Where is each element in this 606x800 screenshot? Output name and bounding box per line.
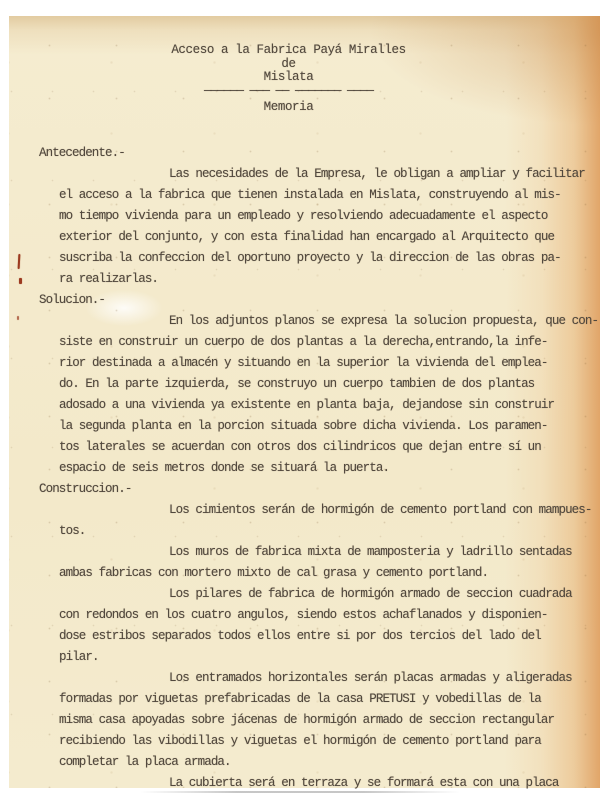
section-heading: Antecedente.- [39, 143, 566, 164]
text-line: Las necesidades de la Empresa, le obliga… [169, 164, 566, 185]
title-block: Acceso a la Fabrica Payá Miralles de Mis… [25, 44, 552, 114]
typed-divider-rule: —————— ——— —— ——————— ———— [25, 85, 552, 98]
document-title-line-1: Acceso a la Fabrica Payá Miralles [25, 44, 552, 58]
text-line: Los pilares de fabrica de hormigón armad… [169, 584, 566, 605]
section-heading: Construccion.- [39, 479, 566, 500]
text-line: ambas fabricas con mortero mixto de cal … [59, 563, 566, 584]
text-line: recibiendo las vibodillas y viguetas el … [59, 731, 566, 752]
text-line: ra realizarlas. [59, 269, 566, 290]
document-content: Acceso a la Fabrica Payá Miralles de Mis… [9, 16, 600, 788]
text-line: Los entramados horizontales serán placas… [169, 668, 566, 689]
text-line: tos. [59, 521, 566, 542]
text-line: En los adjuntos planos se expresa la sol… [169, 311, 566, 332]
text-line: la segunda planta en la porcion situada … [59, 416, 566, 437]
text-line: rior destinada a almacén y situando en l… [59, 353, 566, 374]
document-body: Antecedente.-Las necesidades de la Empre… [39, 143, 566, 794]
text-line: do. En la parte izquierda, se construyo … [59, 374, 566, 395]
text-line: adosado a una vivienda ya existente en p… [59, 395, 566, 416]
text-line: mo tiempo vivienda para un empleado y re… [59, 206, 566, 227]
text-line: suscriba la confeccion del oportuno proy… [59, 248, 566, 269]
text-line: completar la placa armada. [59, 752, 566, 773]
page-edge-shadow [140, 791, 460, 793]
text-line: Los cimientos serán de hormigón de cemen… [169, 500, 566, 521]
text-line: con redondos en los cuatro angulos, sien… [59, 605, 566, 626]
text-line: dose estribos separados todos ellos entr… [59, 626, 566, 647]
text-line: espacio de seis metros donde se situará … [59, 458, 566, 479]
text-line: Los muros de fabrica mixta de mamposteri… [169, 542, 566, 563]
text-line: formadas por viguetas prefabricadas de l… [59, 689, 566, 710]
document-subtitle: Memoria [25, 101, 552, 115]
text-line: el acceso a la fabrica que tienen instal… [59, 185, 566, 206]
scanned-paper-sheet: Acceso a la Fabrica Payá Miralles de Mis… [9, 16, 600, 788]
text-line: exterior del conjunto, y con esta finali… [59, 227, 566, 248]
text-line: misma casa apoyadas sobre jácenas de hor… [59, 710, 566, 731]
text-line: pilar. [59, 647, 566, 668]
text-line: siste en construir un cuerpo de dos plan… [59, 332, 566, 353]
text-line: tos laterales se acuerdan con otros dos … [59, 437, 566, 458]
section-heading: Solucion.- [39, 290, 566, 311]
document-title-line-2: de [25, 58, 552, 72]
document-title-line-3: Mislata [25, 71, 552, 85]
